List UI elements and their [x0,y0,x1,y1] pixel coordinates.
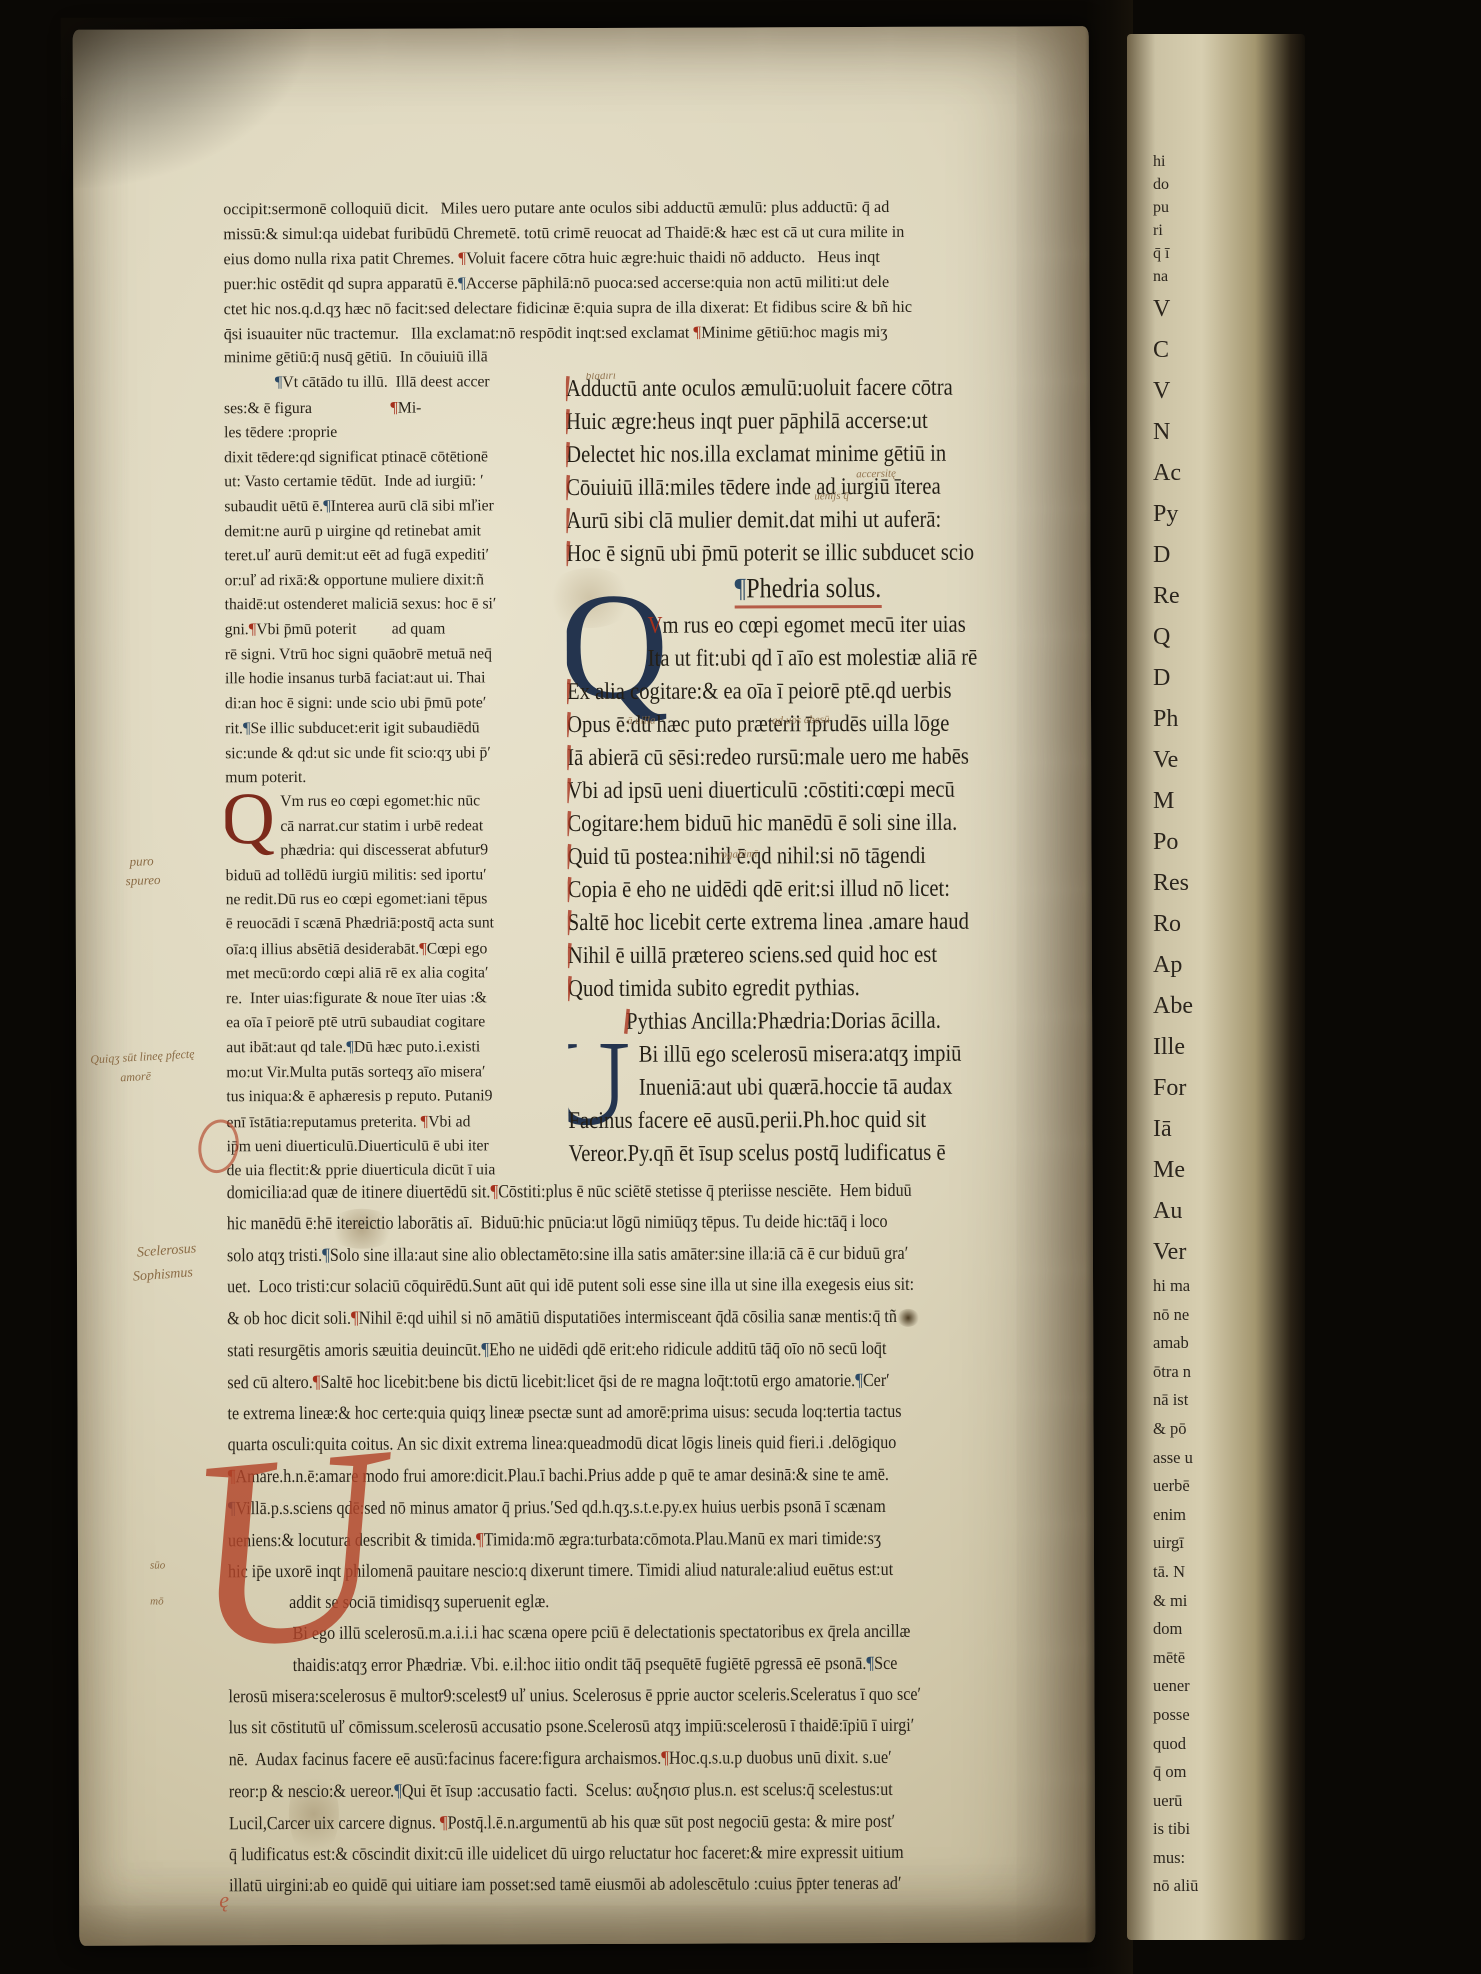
facing-text-fragment: V [1153,371,1193,412]
verse-line: Bi illū ego scelerosū misera:atqʒ impiū [568,1038,979,1072]
facing-text-fragment: Ac [1153,453,1193,494]
paraph-mark-icon: ¶ [275,371,283,393]
verse-u-lines: Bi illū ego scelerosū misera:atqʒ impiūI… [568,1037,1046,1105]
facing-text-fragment: Abe [1153,986,1193,1027]
paraph-mark-icon: ¶ [323,495,331,517]
commentary-line: ut: Vasto certamie tēdūt. Inde ad iurgiū… [224,469,563,495]
commentary-line: met mecū:ordo cœpi aliā rē ex alia cogit… [226,961,565,987]
left-column-q-paragraph: Q Vm rus eo cœpi egomet:hic nūccā narrat… [225,789,571,839]
verse-line: Facinus facere eē ausū.perii.Ph.hoc quid… [568,1104,979,1138]
facing-text-fragment: mētē [1153,1644,1198,1673]
verse-line: Cogitare:hem biduū hic manēdū ē soli sin… [567,807,978,841]
red-pen-mark: ę [219,1887,229,1913]
manuscript-margin-note: mō [150,1595,163,1607]
facing-verse-initials: VCVNAcPyDReQDPhVeMPoResRoApAbeIlleForIāM… [1153,289,1193,1273]
commentary-line: illatū uirgini:ab eo quidē qui uitiare i… [229,1869,943,1902]
commentary-line: biduū ad tollēdū iurgiū militis: sed ipo… [226,863,565,889]
paraph-mark-icon: ¶ [735,574,747,604]
verse-line: Nihil ē uillā prætereo sciens.sed quid h… [568,939,979,973]
facing-text-fragment: enim [1153,1501,1198,1530]
commentary-line: hic manēdū ē:hē itereictio laborātis aī.… [227,1207,941,1240]
facing-text-fragment: q̄ om [1153,1758,1198,1787]
facing-text-fragment: Ver [1153,1232,1193,1273]
manuscript-margin-note: spureo [125,872,160,889]
paraph-mark-icon: ¶ [866,1649,874,1678]
commentary-line: enī īstātia:reputamus preterita. ¶Vbi ad [226,1109,565,1136]
manuscript-margin-note: Sophismus [133,1265,194,1285]
paraph-mark-icon: ¶ [249,619,257,641]
facing-text-fragment: Au [1153,1191,1193,1232]
facing-page-text-edge: hidopuriq̄ īna VCVNAcPyDReQDPhVeMPoResRo… [1153,34,1283,1940]
facing-text-fragment: Po [1153,822,1193,863]
commentary-line: lus sit cōstitutū uľ cōmissum.scelerosū … [229,1711,943,1744]
interlinear-gloss: rogabimī [717,838,758,872]
paraph-mark-icon: ¶ [440,1809,448,1838]
interlinear-gloss: blādiri [586,371,617,393]
commentary-line: subaudit uētū ē.¶Interea aurū clā sibi m… [224,494,563,521]
manuscript-margin-note: amorē [120,1069,151,1086]
gutter-shadow [1085,0,1133,1974]
paraph-mark-icon: ¶ [346,1036,354,1058]
facing-text-fragment: C [1153,330,1193,371]
left-column-lower-lines: phædria: qui discesserat abfutur9biduū a… [225,838,572,1184]
commentary-line: re. Inter uias:figurate & noue īter uias… [226,986,565,1012]
facing-text-fragment: ri [1153,219,1169,242]
facing-text-fragment: uerū [1153,1787,1198,1816]
commentary-line: ¶Vt cātādo tu illū. Illā deest accer [224,369,563,396]
facing-text-fragment: D [1153,535,1193,576]
facing-text-fragment: & pō [1153,1415,1198,1444]
paraph-mark-icon: ¶ [322,1241,330,1270]
verse-line: Inueniā:aut ubi quærā.hoccie tā audax [568,1071,979,1105]
commentary-line: puer:hic ostēdit qd supra apparatū ē.¶Ac… [224,268,1028,296]
commentary-line: domicilia:ad quæ de itinere diuertēdū si… [227,1175,941,1209]
facing-text-fragment: nō ne [1153,1301,1198,1330]
facing-text-fragment: Re [1153,576,1193,617]
verse-q-paragraph: Q Vm rus eo cœpi egomet mecū iter uiasIt… [567,608,1045,676]
rubricated-capital: V [648,613,663,639]
scene-heading-pythias: Pythias Ancilla:Phædria:Dorias ācilla. [568,1004,1046,1039]
facing-text-fragment: nō aliū [1153,1872,1198,1901]
commentary-line: reor:p & nescio:& uereor.¶Qui ēt īsup :a… [229,1774,943,1808]
commentary-line: solo atqʒ tristi.¶Solo sine illa:aut sin… [227,1238,941,1272]
facing-text-fragment: is tibi [1153,1815,1198,1844]
commentary-line: stati resurgētis amoris sæuitia deuincūt… [227,1333,941,1367]
commentary-line: thaidē:ut ostenderet maliciā sexus: hoc … [225,592,564,618]
facing-text-fragment: Ap [1153,945,1193,986]
commentary-line: di:an hoc ē signi: unde scio ubi p̄mū po… [225,691,564,717]
facing-text-fragment: Me [1153,1150,1193,1191]
facing-text-fragment: pu [1153,196,1169,219]
facing-page-edge: hidopuriq̄ īna VCVNAcPyDReQDPhVeMPoResRo… [1127,34,1305,1940]
commentary-line: occipit:sermonē colloquiū dicit. Miles u… [223,193,1027,221]
commentary-line: or:uľ ad rixā:& opportune muliere dixit:… [225,568,564,594]
paraph-mark-icon: ¶ [855,1366,863,1395]
verse-line: Delectet hic nos.illa exclamat minime gē… [566,438,977,472]
commentary-line: q̄ ludificatus est:& cōscindit dixit:cū … [229,1838,943,1871]
commentary-left-column: minime gētiū:q̄ nusq̄ gētiū. In cōuiuiū … [224,345,573,1184]
verse-line: Iā abierā cū sēsi:redeo rursū:male uero … [567,741,978,775]
commentary-line: & ob hoc dicit soli.¶Nihil ē:qd uihil si… [227,1301,941,1335]
commentary-line: ille hodie insanus turbā faciat:aut ui. … [225,666,564,692]
facing-text-fragment: do [1153,173,1169,196]
manuscript-red-initial-U: U [177,1419,395,1681]
book-photograph: occipit:sermonē colloquiū dicit. Miles u… [0,0,1481,1974]
facing-text-fragment: q̄ ī [1153,242,1169,265]
commentary-line: ea oīa ī peiorē ptē utrū subaudiat cogit… [226,1010,565,1036]
facing-text-fragment: For [1153,1068,1193,1109]
verse-group-1: Adductū ante oculos æmulū:uoluit facere … [566,371,1045,571]
facing-text-fragment: uerbē [1153,1472,1198,1501]
verse-line: Cōuiuiū illā:miles tēdere inde ad iurgiū… [566,471,977,505]
manuscript-margin-note: Scelerosus [136,1241,196,1261]
interlinear-gloss: ad uos abesū [772,704,830,738]
paraph-mark-icon: ¶ [351,1304,359,1333]
paraph-mark-icon: ¶ [390,396,398,418]
verse-line: Vereor.Py.qn̄ ēt īsup scelus postq̄ ludi… [569,1137,980,1171]
facing-text-fragment: amab [1153,1329,1198,1358]
paraph-mark-icon: ¶ [458,271,466,294]
commentary-top-block: occipit:sermonē colloquiū dicit. Miles u… [223,193,1044,346]
manuscript-margin-note: sūo [150,1559,165,1571]
commentary-line: nē. Audax facinus facere eē ausū:facinus… [229,1742,943,1776]
facing-text-fragment: na [1153,265,1169,288]
commentary-line: ip̄m ueni diuerticulū.Diuerticulū ē ubi … [227,1134,566,1160]
commentary-line: dixit tēdere:qd significat ptinacē cōtēt… [224,445,563,471]
facing-text-fragment: D [1153,658,1193,699]
commentary-line: demit:ne aurū p uirgine qd retinebat ami… [224,519,563,545]
facing-text-fragment: uener [1153,1672,1198,1701]
facing-top-fragments: hidopuriq̄ īna [1153,150,1169,288]
commentary-line: rē signi. Vtrū hoc signi quāobrē metuā n… [225,642,564,668]
verse-line: Ita ut fit:ubi qd ī aīo est molestiæ ali… [567,642,978,676]
verse-u-paragraph: U Bi illū ego scelerosū misera:atqʒ impi… [568,1037,1046,1105]
facing-text-fragment: mus: [1153,1844,1198,1873]
facing-text-fragment: uirgī [1153,1529,1198,1558]
verse-line: Quod timida subito egredit pythias. [568,972,979,1006]
commentary-line: uet. Loco tristi:cur solaciū cōquirēdū.S… [227,1270,941,1303]
scene-heading-line: ¶Phedria solus. [735,572,882,609]
verse-line: Copia ē eho ne uidēdi qdē erit:si illud … [568,873,979,907]
left-column-upper-lines: minime gētiū:q̄ nusq̄ gētiū. In cōuiuiū … [224,345,572,791]
verse-line: Saltē hoc licebit certe extrema linea .a… [568,906,979,940]
facing-text-fragment: Ro [1153,904,1193,945]
facing-text-fragment: Res [1153,863,1193,904]
commentary-line: missū:& simul:qa uidebat furibūdū Chreme… [223,218,1027,246]
verse-line: Aurū sibi clā mulier demit.dat mihi ut a… [566,504,977,538]
paraph-mark-icon: ¶ [394,1777,402,1806]
facing-text-fragment: Q [1153,617,1193,658]
facing-text-fragment: ōtra n [1153,1358,1198,1387]
verse-line: Quid tū postea:nihil ē.qd nihil:si nō tā… [567,840,978,874]
manuscript-margin-note: puro [129,853,154,870]
commentary-line: ses:& ē figura ¶Mi- [224,395,563,422]
verse-right-column: Adductū ante oculos æmulū:uoluit facere … [566,371,1047,1171]
commentary-line: mo:ut Vir.Multa putās sorteqʒ aīo misera… [226,1060,565,1086]
facing-text-fragment: Ille [1153,1027,1193,1068]
paraph-mark-icon: ¶ [419,937,427,959]
commentary-line: phædria: qui discesserat abfutur9 [225,838,564,864]
commentary-line: gni.¶Vbi p̄mū poterit ad quam [225,617,564,644]
verse-line: Huic ægre:heus inqt puer pāphilā accerse… [566,405,977,439]
interlinear-gloss: accersitę [856,458,896,492]
facing-text-fragment: Ph [1153,699,1193,740]
commentary-line: aut ibāt:aut qd tale.¶Dū hæc puto.i.exis… [226,1034,565,1061]
commentary-line: teret.uľ aurū demit:ut eēt ad fugā exped… [224,543,563,569]
paraph-mark-icon: ¶ [243,717,251,739]
left-column-q-lines: Vm rus eo cœpi egomet:hic nūccā narrat.c… [225,789,571,839]
facing-text-fragment: nā ist [1153,1386,1198,1415]
commentary-line: rit.¶Se illic subducet:erit igit subaudi… [225,715,564,742]
manuscript-margin-note: Quiqʒ sūt lineę pfectę [90,1047,195,1068]
interlinear-gloss: ā uilla [627,705,656,739]
facing-text-fragment: Py [1153,494,1193,535]
commentary-line: ctet hic nos.q.d.qʒ hæc nō facit:sed del… [224,293,1028,321]
commentary-line: ē reuocādi ī scænā Phædriā:postq̄ acta s… [226,911,565,937]
paraph-mark-icon: ¶ [693,321,701,344]
facing-text-fragment: & mi [1153,1587,1198,1616]
verse-line: Adductū ante oculos æmulū:uoluit facere … [566,372,977,406]
facing-text-fragment: Iā [1153,1109,1193,1150]
facing-text-fragment: quod [1153,1730,1198,1759]
commentary-line: eius domo nulla rixa patit Chremes. ¶Vol… [223,243,1027,271]
paraph-mark-icon: ¶ [313,1368,321,1397]
commentary-line: sic:unde & qd:ut sic unde fit scio:qʒ ub… [225,741,564,767]
commentary-line: minime gētiū:q̄ nusq̄ gētiū. In cōuiuiū … [224,345,563,371]
commentary-line: oīa:q illius absētiā desiderabāt.¶Cœpi e… [226,936,565,963]
facing-text-fragment: V [1153,289,1193,330]
facing-text-fragment: hi ma [1153,1272,1198,1301]
commentary-line: cā narrat.cur statim i urbē redeat [225,814,564,840]
facing-text-fragment: Ve [1153,740,1193,781]
verse-group-3: Facinus facere eē ausū.perii.Ph.hoc quid… [568,1103,1046,1171]
commentary-line: Vm rus eo cœpi egomet:hic nūc [225,789,564,815]
commentary-line: tus iniqua:& ē aphæresis p reputo. Putan… [226,1084,565,1110]
paraph-mark-icon: ¶ [661,1744,669,1773]
commentary-line: mum poterit. [225,765,564,791]
facing-text-fragment: posse [1153,1701,1198,1730]
paraph-mark-icon: ¶ [481,1336,489,1365]
paraph-mark-icon: ¶ [421,1110,429,1132]
facing-text-fragment: dom [1153,1615,1198,1644]
commentary-line: les tēdere :proprie [224,420,563,446]
paraph-mark-icon: ¶ [458,246,466,269]
interlinear-gloss: uenijs q̄ [814,480,849,514]
left-page: occipit:sermonē colloquiū dicit. Miles u… [73,26,1096,1946]
facing-text-fragment: M [1153,781,1193,822]
verse-line: Vm rus eo cœpi egomet mecū iter uias [567,609,978,643]
facing-bottom-fragments: hi manō neamabōtra nnā ist& pōasse uuerb… [1153,1272,1198,1901]
facing-text-fragment: hi [1153,150,1169,173]
facing-text-fragment: asse u [1153,1444,1198,1473]
commentary-line: q̄si isuauiter nūc tractemur. Illa excla… [224,318,1028,346]
facing-text-fragment: tā. N [1153,1558,1198,1587]
commentary-line: Lucil,Carcer uix carcere dignus. ¶Postq̄… [229,1806,943,1840]
torn-corner [61,17,312,188]
verse-q-lines: Vm rus eo cœpi egomet mecū iter uiasIta … [567,608,1045,676]
paraph-mark-icon: ¶ [490,1178,498,1207]
paraph-mark-icon: ¶ [476,1526,484,1555]
commentary-line: ne redit.Dū rus eo cœpi egomet:iani tēpu… [226,887,565,913]
scene-heading-line: Pythias Ancilla:Phædria:Dorias ācilla. [626,1005,987,1039]
facing-text-fragment: N [1153,412,1193,453]
verse-line: Vbi ad ipsū ueni diuerticulū :cōstiti:cœ… [567,774,978,808]
